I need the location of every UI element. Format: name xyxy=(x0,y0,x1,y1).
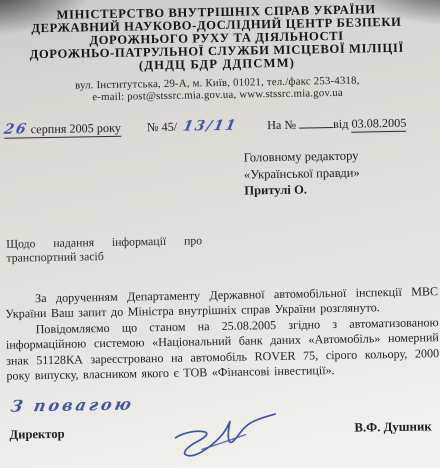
body-paragraph-2: Повідомляємо що станом на 25.08.2005 згі… xyxy=(6,315,440,384)
letterhead-contacts: вул. Інститутська, 29-А, м. Київ, 01021,… xyxy=(0,73,438,105)
signer-position: Директор xyxy=(9,427,64,443)
incoming-ref: На № від 03.08.2005 xyxy=(267,116,406,132)
addressee-title: Головному редактору xyxy=(244,148,360,167)
incoming-from-label: від xyxy=(333,117,349,131)
signature-scribble-icon xyxy=(171,402,282,466)
incoming-label: На № xyxy=(267,118,296,133)
outgoing-date: 26 серпня 2005 року xyxy=(4,121,121,139)
incoming-date: 03.08.2005 xyxy=(351,116,406,133)
letter-body: За дорученням Департаменту Державної авт… xyxy=(5,284,440,384)
signer-name: В.Ф. Душник xyxy=(354,419,432,435)
addressee-organization: «Української правди» xyxy=(244,164,360,183)
scanned-letter-photo: МІНІСТЕРСТВО ВНУТРІШНІХ СПРАВ УКРАЇНИ ДЕ… xyxy=(0,0,440,468)
outgoing-date-label: серпня 2005 року xyxy=(31,121,121,137)
reference-row: 26 серпня 2005 року№ 45/13/11На № від 03… xyxy=(4,114,434,138)
handwritten-regards: З повагою xyxy=(9,394,136,415)
addressee-block: Головному редактору «Української правди»… xyxy=(244,148,361,200)
incoming-number-blank xyxy=(299,116,333,129)
subject-line-2: транспортний засіб xyxy=(6,247,202,264)
outgoing-number-label: № 45/ xyxy=(147,120,177,135)
subject-block: Щодо надання інформації про транспортний… xyxy=(6,233,202,264)
handwritten-day: 26 xyxy=(3,121,30,137)
addressee-name: Притулі О. xyxy=(244,181,360,200)
handwritten-number: 13/11 xyxy=(182,118,239,135)
letterhead: МІНІСТЕРСТВО ВНУТРІШНІХ СПРАВ УКРАЇНИ ДЕ… xyxy=(0,2,437,75)
letter-content: МІНІСТЕРСТВО ВНУТРІШНІХ СПРАВ УКРАЇНИ ДЕ… xyxy=(0,0,440,468)
